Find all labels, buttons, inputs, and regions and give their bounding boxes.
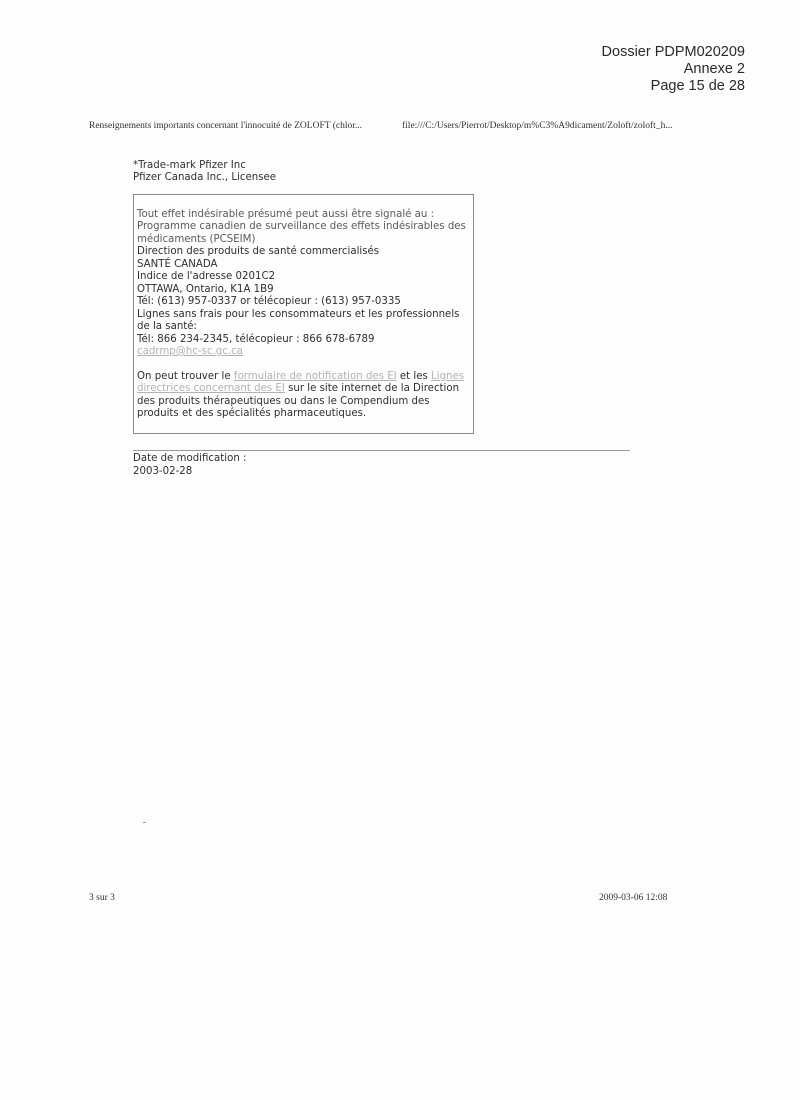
- modification-date-block: Date de modification : 2003-02-28: [133, 453, 246, 479]
- toll-free-line: Lignes sans frais pour les consommateurs…: [137, 309, 470, 321]
- modification-label: Date de modification :: [133, 453, 246, 466]
- toll-free-phone-line: Tél: 866 234-2345, télécopieur : 866 678…: [137, 334, 470, 346]
- modification-date: 2003-02-28: [133, 466, 246, 479]
- print-footer-datetime: 2009-03-06 12:08: [599, 893, 667, 903]
- forms-paragraph: On peut trouver le formulaire de notific…: [137, 371, 470, 421]
- page-count: Page 15 de 28: [602, 78, 745, 95]
- trademark-line: *Trade-mark Pfizer Inc: [133, 160, 276, 172]
- address-line: Direction des produits de santé commerci…: [137, 246, 470, 258]
- phone-line: Tél: (613) 957-0337 or télécopieur : (61…: [137, 296, 470, 308]
- intro-line: Tout effet indésirable présumé peut auss…: [137, 209, 470, 221]
- intro-line: médicaments (PCSEIM): [137, 234, 470, 246]
- address-line: Indice de l'adresse 0201C2: [137, 271, 470, 283]
- address-line: OTTAWA, Ontario, K1A 1B9: [137, 284, 470, 296]
- notification-form-link[interactable]: formulaire de notification des EI: [234, 371, 397, 382]
- paragraph-text: On peut trouver le: [137, 371, 234, 382]
- dossier-stamp: Dossier PDPM020209 Annexe 2 Page 15 de 2…: [602, 44, 745, 95]
- print-header-title: Renseignements importants concernant l'i…: [89, 121, 362, 131]
- print-header-url: file:///C:/Users/Pierrot/Desktop/m%C3%A9…: [402, 121, 672, 131]
- email-link[interactable]: cadrmp@hc-sc.gc.ca: [137, 346, 243, 357]
- toll-free-line: de la santé:: [137, 321, 470, 333]
- trademark-notice: *Trade-mark Pfizer Inc Pfizer Canada Inc…: [133, 160, 276, 185]
- annexe-label: Annexe 2: [602, 61, 745, 78]
- intro-line: Programme canadien de surveillance des e…: [137, 221, 470, 233]
- address-line: SANTÉ CANADA: [137, 259, 470, 271]
- licensee-line: Pfizer Canada Inc., Licensee: [133, 172, 276, 184]
- paragraph-text: et les: [397, 371, 431, 382]
- scan-speck: [143, 822, 146, 823]
- spacer: [137, 358, 470, 370]
- dossier-number: Dossier PDPM020209: [602, 44, 745, 61]
- horizontal-rule: [133, 450, 630, 451]
- print-footer-page: 3 sur 3: [89, 893, 115, 903]
- adverse-effect-report-box: Tout effet indésirable présumé peut auss…: [133, 194, 474, 434]
